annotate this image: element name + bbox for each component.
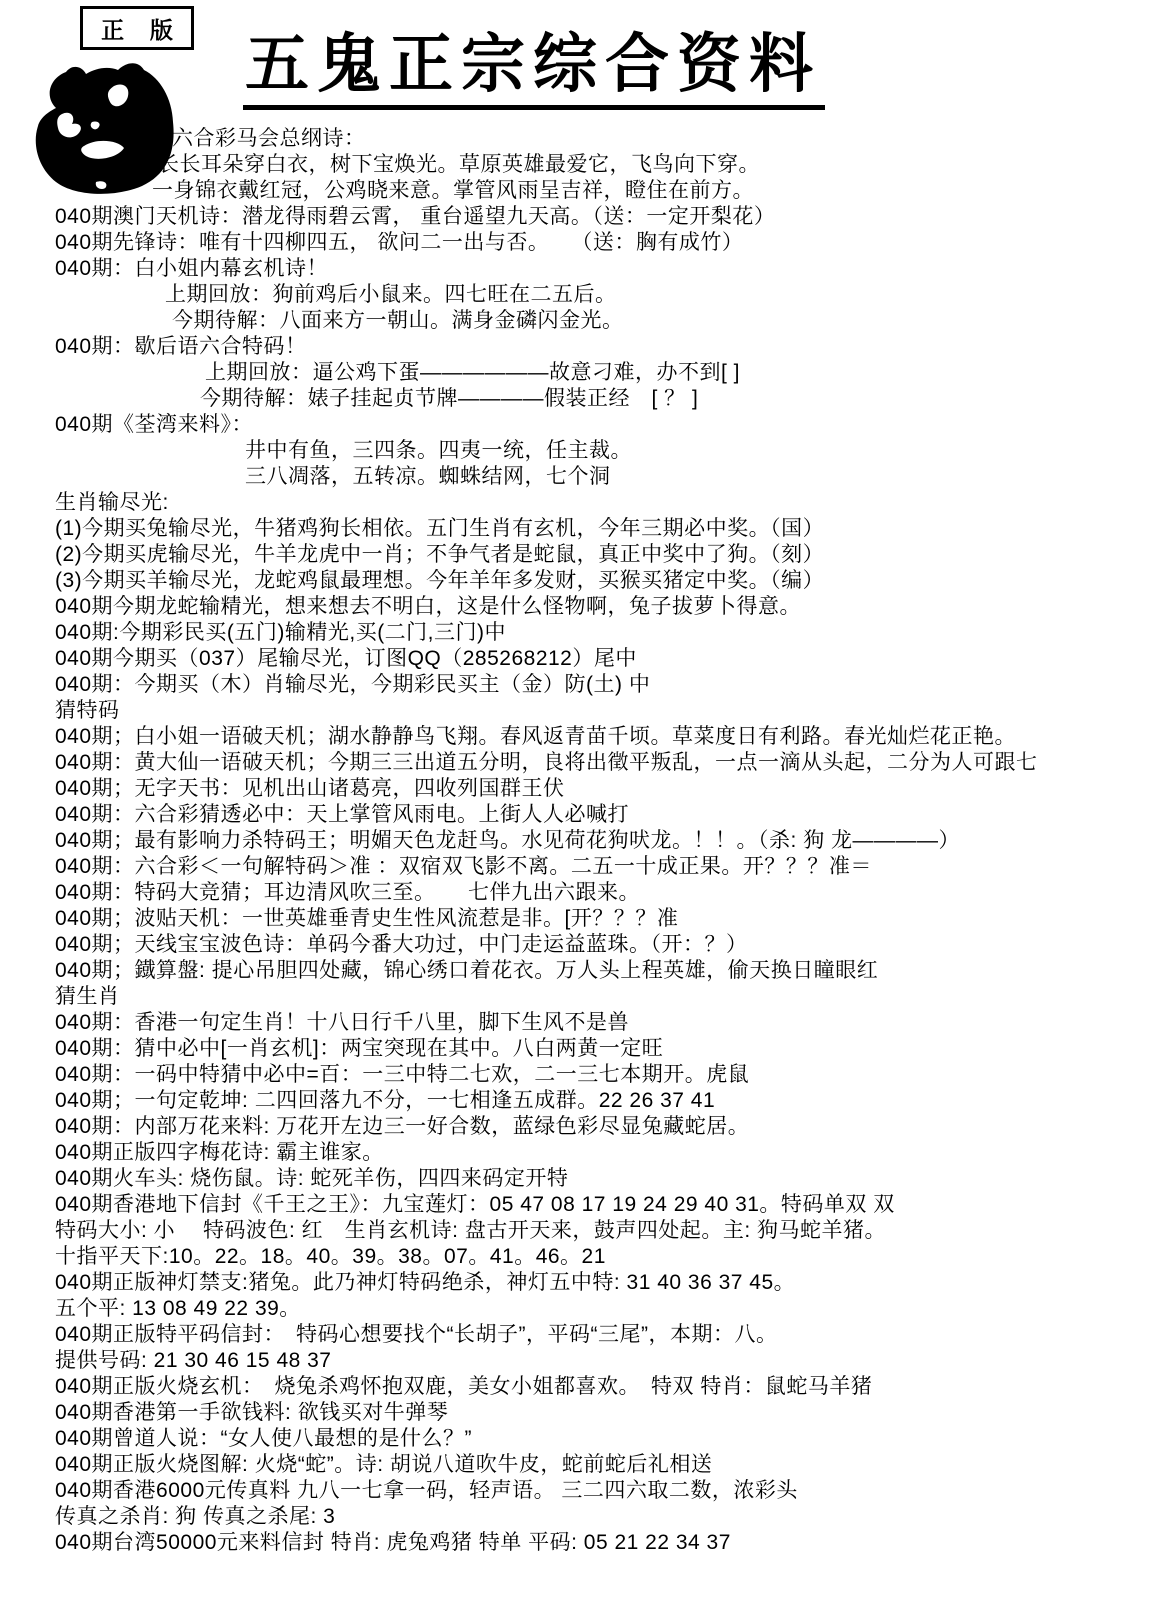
text-line: (3)今期买羊输尽光，龙蛇鸡鼠最理想。今年羊年多发财，买猴买猪定中奖。（编） [0,568,1176,594]
text-line: 040期；白小姐一语破天机；湖水静静鸟飞翔。春风返青苗千顷。草菜度日有利路。春光… [0,724,1176,750]
text-line: 上期回放：逼公鸡下蛋——————故意刁难，办不到[ ] [0,360,1176,386]
text-line: 040期；天线宝宝波色诗：单码今番大功过，中门走运益蓝珠。（开：？） [0,932,1176,958]
text-line: 传真之杀肖: 狗 传真之杀尾: 3 [0,1504,1176,1530]
text-line: (2)今期买虎输尽光，牛羊龙虎中一肖；不争气者是蛇鼠，真正中奖中了狗。（刻） [0,542,1176,568]
text-line: 040期火车头: 烧伤鼠。诗: 蛇死羊伤，四四来码定开特 [0,1166,1176,1192]
text-line: 提供号码: 21 30 46 15 48 37 [0,1348,1176,1374]
page-title: 五鬼正宗综合资料 [243,28,825,110]
text-line: 040期今期买（037）尾输尽光，订图QQ（285268212）尾中 [0,646,1176,672]
text-line: 040期：一码中特猜中必中=百：一三中特二七欢，二一三七本期开。虎鼠 [0,1062,1176,1088]
text-line: 040期正版神灯禁支:猪兔。此乃神灯特码绝杀，神灯五中特: 31 40 36 3… [0,1270,1176,1296]
text-line: 三八凋落，五转凉。蜘蛛结网，七个洞 [0,464,1176,490]
text-line: 今期待解：婊子挂起贞节牌————假装正经 [ ？ ] [0,386,1176,412]
text-line: 040期；鐡算盤: 提心吊胆四处藏，锦心绣口着花衣。万人头上程英雄，偷天换日瞳眼… [0,958,1176,984]
text-line: 十指平天下:10。22。18。40。39。38。07。41。46。21 [0,1244,1176,1270]
text-line: 特码大小: 小 特码波色: 红 生肖玄机诗: 盘古开天来，鼓声四处起。主: 狗马… [0,1218,1176,1244]
text-line: 040期正版火烧玄机： 烧兔杀鸡怀抱双鹿，美女小姐都喜欢。 特双 特肖：鼠蛇马羊… [0,1374,1176,1400]
content-lines: 六合彩马会总纲诗：长长耳朵穿白衣，树下宝焕光。草原英雄最爱它，飞鸟向下穿。一身锦… [0,126,1176,1556]
text-line: 040期正版火烧图解: 火烧“蛇”。诗: 胡说八道吹牛皮，蛇前蛇后礼相送 [0,1452,1176,1478]
text-line: 五个平: 13 08 49 22 39。 [0,1296,1176,1322]
text-line: 040期：歇后语六合特码！ [0,334,1176,360]
text-line: 040期香港地下信封《千王之王》：九宝莲灯：05 47 08 17 19 24 … [0,1192,1176,1218]
text-line: 040期香港第一手欲钱料: 欲钱买对牛弹琴 [0,1400,1176,1426]
text-line: 040期：六合彩＜一句解特码＞准 ：双宿双飞影不离。二五一十成正果。开？？？准＝ [0,854,1176,880]
text-line: 040期；一句定乾坤: 二四回落九不分，一七相逢五成群。22 26 37 41 [0,1088,1176,1114]
text-line: 040期；波贴天机：一世英雄垂青史生性风流惹是非。[开？？？准 [0,906,1176,932]
text-line: 猜特码 [0,698,1176,724]
text-line: 040期正版特平码信封： 特码心想要找个“长胡子”，平码“三尾”，本期：八。 [0,1322,1176,1348]
text-line: 040期：黄大仙一语破天机；今期三三出道五分明，良将出徵平叛乱，一点一滴从头起，… [0,750,1176,776]
authentic-badge-label: 正 版 [91,12,183,45]
text-line: 040期：特码大竞猜；耳边清风吹三至。 七伴九出六跟来。 [0,880,1176,906]
text-line: 040期台湾50000元来料信封 特肖: 虎兔鸡猪 特单 平码: 05 21 2… [0,1530,1176,1556]
ink-stamp-image [26,58,178,198]
text-line: 040期：六合彩猜透必中：天上掌管风雨电。上街人人必喊打 [0,802,1176,828]
text-line: 上期回放：狗前鸡后小鼠来。四七旺在二五后。 [0,282,1176,308]
lottery-info-sheet: 正 版 五鬼正宗综合资料 六合彩马会总纲诗：长长耳朵穿白衣，树下宝焕光。草原英雄… [0,0,1176,1606]
text-line: 040期:今期彩民买(五门)输精光,买(二门,三门)中 [0,620,1176,646]
text-line: 今期待解：八面来方一朝山。满身金磷闪金光。 [0,308,1176,334]
text-line: 040期《荃湾来料》： [0,412,1176,438]
text-line: 040期：内部万花来料: 万花开左边三一好合数，蓝绿色彩尽显兔藏蛇居。 [0,1114,1176,1140]
text-line: 040期：今期买（木）肖输尽光，今期彩民买主（金）防(土) 中 [0,672,1176,698]
text-line: 040期；无字天书：见机出山诸葛亮，四收列国群王伏 [0,776,1176,802]
text-line: 生肖输尽光: [0,490,1176,516]
text-line: (1)今期买兔输尽光，牛猪鸡狗长相依。五门生肖有玄机，今年三期必中奖。（国） [0,516,1176,542]
text-line: 040期：猜中必中[一肖玄机]：两宝突现在其中。八白两黄一定旺 [0,1036,1176,1062]
authentic-badge: 正 版 [80,6,194,50]
text-line: 040期先锋诗：唯有十四柳四五， 欲问二一出与否。 （送：胸有成竹） [0,230,1176,256]
text-line: 040期；最有影响力杀特码王；明媚天色龙赶鸟。水见荷花狗吠龙。！！。（杀: 狗 … [0,828,1176,854]
text-line: 井中有鱼，三四条。四夷一统，任主裁。 [0,438,1176,464]
text-line: 040期：香港一句定生肖！十八日行千八里，脚下生风不是兽 [0,1010,1176,1036]
text-line: 040期澳门天机诗：潜龙得雨碧云霄， 重台遥望九天高。（送：一定开梨花） [0,204,1176,230]
text-line: 猜生肖 [0,984,1176,1010]
text-line: 040期香港6000元传真料 九八一七拿一码，轻声语。 三二四六取二数，浓彩头 [0,1478,1176,1504]
text-line: 040期正版四字梅花诗: 霸主谁家。 [0,1140,1176,1166]
text-line: 040期：白小姐内幕玄机诗！ [0,256,1176,282]
text-line: 040期今期龙蛇输精光，想来想去不明白，这是什么怪物啊，兔子拔萝卜得意。 [0,594,1176,620]
text-line: 040期曾道人说：“女人使八最想的是什么？” [0,1426,1176,1452]
